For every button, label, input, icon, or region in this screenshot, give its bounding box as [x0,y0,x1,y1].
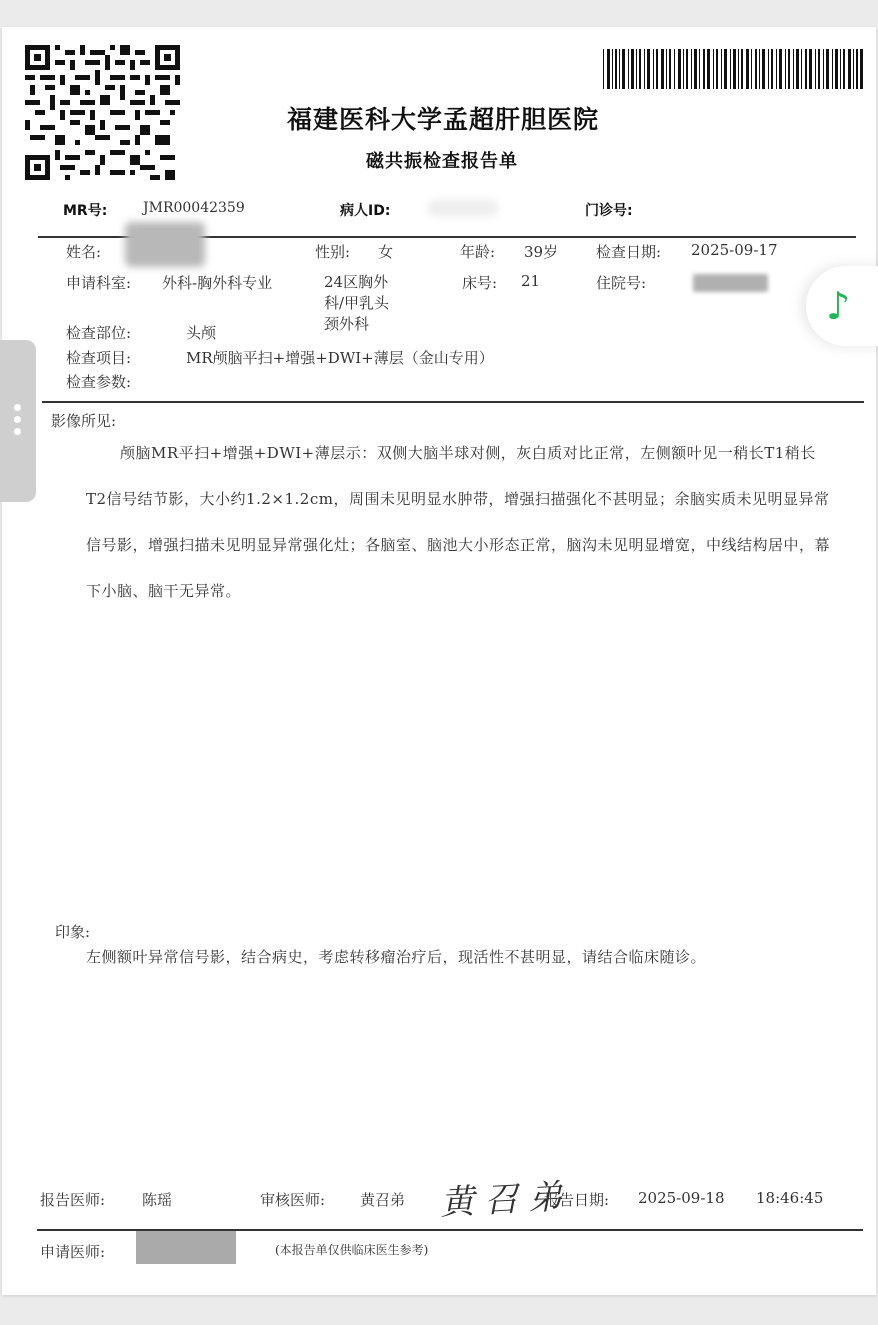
patient-id-redacted [428,200,498,216]
bed-label: 床号: [462,272,497,293]
mr-number-value: JMR00042359 [143,200,245,216]
age-label: 年龄: [460,241,495,262]
department-value: 外科-胸外科专业 [162,272,272,293]
ward-value: 24区胸外 科/甲乳头 颈外科 [324,272,389,335]
bed-value: 21 [521,272,540,290]
outpatient-number-label: 门诊号: [585,200,633,220]
side-handle[interactable] [0,340,36,502]
findings-label: 影像所见: [51,410,116,431]
requester-label: 申请医师: [40,1241,105,1262]
inpatient-number-label: 住院号: [596,272,646,293]
music-note-icon: ♪ [826,287,850,325]
age-value: 39岁 [524,241,558,262]
inpatient-number-redacted [693,274,768,292]
mr-number-label: MR号: [63,200,107,220]
divider-middle [42,401,864,403]
exam-date-value: 2025-09-17 [691,241,777,259]
barcode-icon [603,49,863,89]
exam-item-value: MR颅脑平扫+增强+DWI+薄层（金山专用） [186,347,494,368]
hospital-name: 福建医科大学孟超肝胆医院 [0,100,878,136]
reporter-value: 陈瑶 [142,1189,172,1210]
report-time-value: 18:46:45 [756,1189,823,1207]
department-label: 申请科室: [66,272,131,293]
reviewer-label: 审核医师: [260,1189,325,1210]
report-page [2,27,876,1295]
exam-item-label: 检查项目: [66,347,131,368]
report-date-value: 2025-09-18 [638,1189,724,1207]
gender-label: 性别: [315,241,350,262]
patient-id-label: 病人ID: [340,200,390,220]
name-redacted [125,222,205,267]
name-label: 姓名: [66,241,101,262]
requester-redacted [136,1231,236,1264]
findings-text: 颅脑MR平扫+增强+DWI+薄层示：双侧大脑半球对侧，灰白质对比正常，左侧额叶见… [86,430,836,614]
floating-music-button[interactable]: ♪ [806,266,878,346]
body-part-value: 头颅 [186,322,216,343]
ward-line-1: 24区胸外 [324,272,389,293]
body-part-label: 检查部位: [66,322,131,343]
impression-label: 印象: [55,921,90,942]
exam-date-label: 检查日期: [596,241,661,262]
report-title: 磁共振检查报告单 [0,147,878,173]
reviewer-value: 黄召弟 [360,1189,405,1210]
exam-params-label: 检查参数: [66,371,131,392]
reporter-label: 报告医师: [40,1189,105,1210]
ward-line-3: 颈外科 [324,314,389,335]
ward-line-2: 科/甲乳头 [324,293,389,314]
disclaimer: (本报告单仅供临床医生参考) [275,1241,428,1258]
impression-text: 左侧额叶异常信号影，结合病史，考虑转移瘤治疗后，现活性不甚明显，请结合临床随诊。 [86,946,846,967]
gender-value: 女 [378,241,393,262]
report-date-label: 报告日期: [544,1189,609,1210]
